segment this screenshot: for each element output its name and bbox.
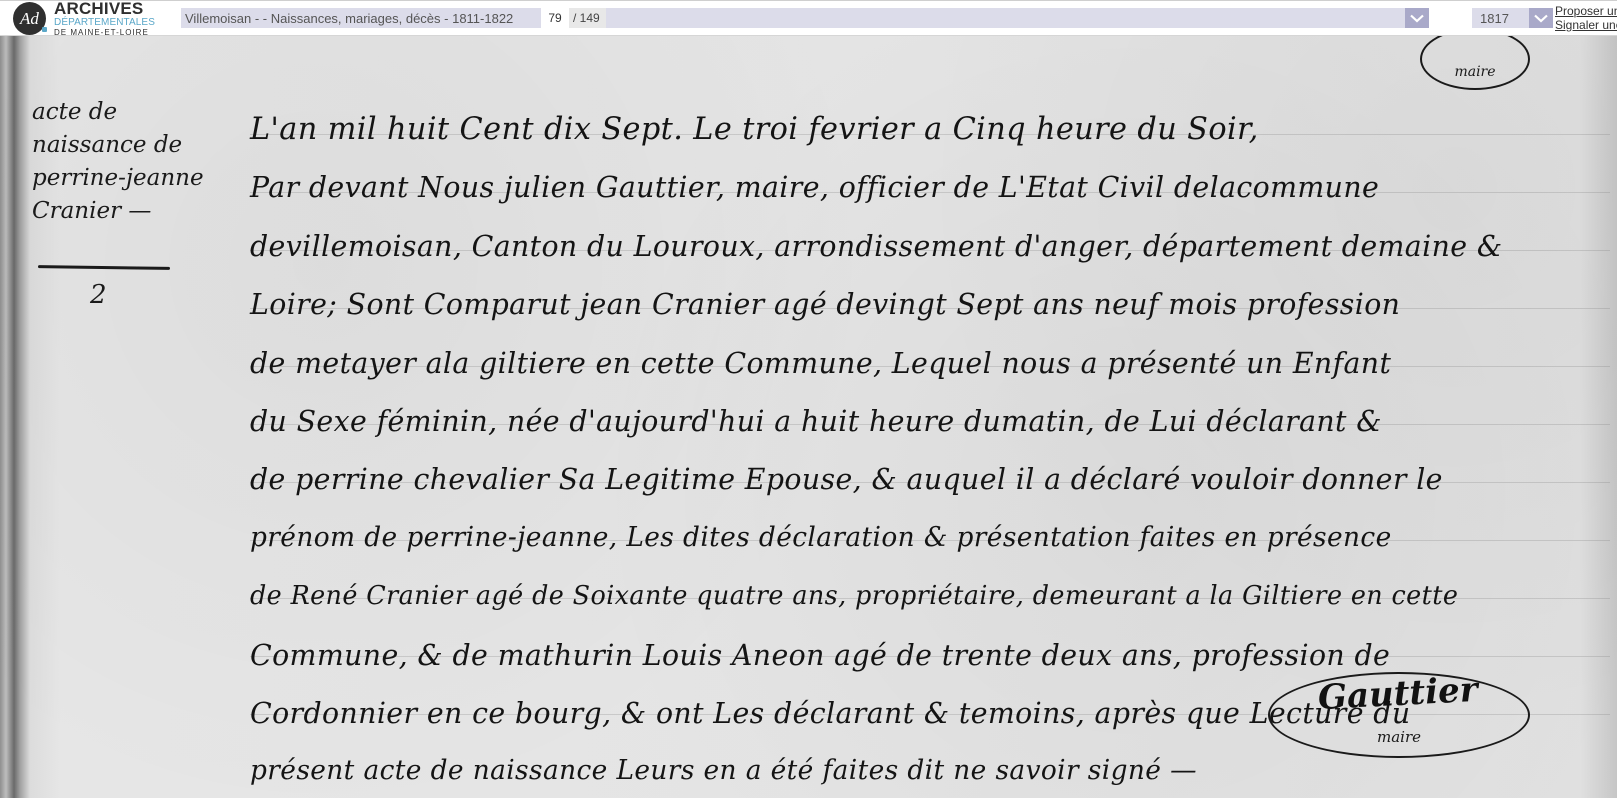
logo-line-2: DÉPARTEMENTALES (54, 18, 155, 28)
mayor-signature: Gauttier (1317, 670, 1479, 718)
year-value: 1817 (1472, 11, 1529, 26)
manuscript-line: devillemoisan, Canton du Louroux, arrond… (250, 217, 1580, 275)
margin-line: naissance de (32, 129, 222, 162)
manuscript-line: du Sexe féminin, née d'aujourd'hui a hui… (250, 392, 1580, 450)
margin-line: Cranier — (32, 195, 222, 228)
manuscript-line: Loire; Sont Comparut jean Cranier agé de… (250, 275, 1580, 333)
signature-title: maire (1377, 728, 1421, 746)
top-toolbar: Ad ARCHIVES DÉPARTEMENTALES DE MAINE-ET-… (0, 0, 1617, 36)
archives-logo[interactable]: Ad ARCHIVES DÉPARTEMENTALES DE MAINE-ET-… (13, 2, 155, 35)
chevron-down-icon (1410, 14, 1424, 23)
document-title: Villemoisan - - Naissances, mariages, dé… (181, 11, 541, 26)
margin-annotation: acte de naissance de perrine-jeanne Cran… (32, 96, 222, 228)
year-dropdown-button[interactable] (1529, 8, 1553, 28)
margin-line: acte de (32, 96, 222, 129)
seal-top-text: maire (1454, 64, 1495, 80)
manuscript-line: de René Cranier agé de Soixante quatre a… (250, 567, 1580, 625)
logo-text: ARCHIVES DÉPARTEMENTALES DE MAINE-ET-LOI… (54, 0, 155, 37)
page-number-input[interactable] (541, 8, 569, 28)
document-image-viewer[interactable]: maire acte de naissance de perrine-jeann… (0, 36, 1617, 798)
logo-line-3: DE MAINE-ET-LOIRE (54, 29, 155, 37)
report-link[interactable]: Signaler une (1555, 18, 1617, 32)
page-total: / 149 (569, 8, 606, 28)
manuscript-line: prénom de perrine-jeanne, Les dites décl… (250, 509, 1580, 567)
document-selector[interactable]: Villemoisan - - Naissances, mariages, dé… (181, 8, 1429, 28)
entry-number: 2 (90, 280, 107, 310)
manuscript-line: de metayer ala giltiere en cette Commune… (250, 334, 1580, 392)
margin-line: perrine-jeanne (32, 162, 222, 195)
logo-line-1: ARCHIVES (54, 0, 155, 17)
year-selector[interactable]: 1817 (1472, 8, 1553, 28)
document-dropdown-button[interactable] (1405, 8, 1429, 28)
manuscript-line: de perrine chevalier Sa Legitime Epouse,… (250, 450, 1580, 508)
logo-monogram-icon: Ad (13, 2, 46, 35)
propose-link[interactable]: Proposer un (1555, 4, 1617, 18)
chevron-down-icon (1534, 14, 1548, 23)
manuscript-line: Par devant Nous julien Gauttier, maire, … (250, 158, 1580, 216)
action-links: Proposer un Signaler une (1555, 4, 1617, 32)
manuscript-line: L'an mil huit Cent dix Sept. Le troi fev… (250, 100, 1580, 158)
